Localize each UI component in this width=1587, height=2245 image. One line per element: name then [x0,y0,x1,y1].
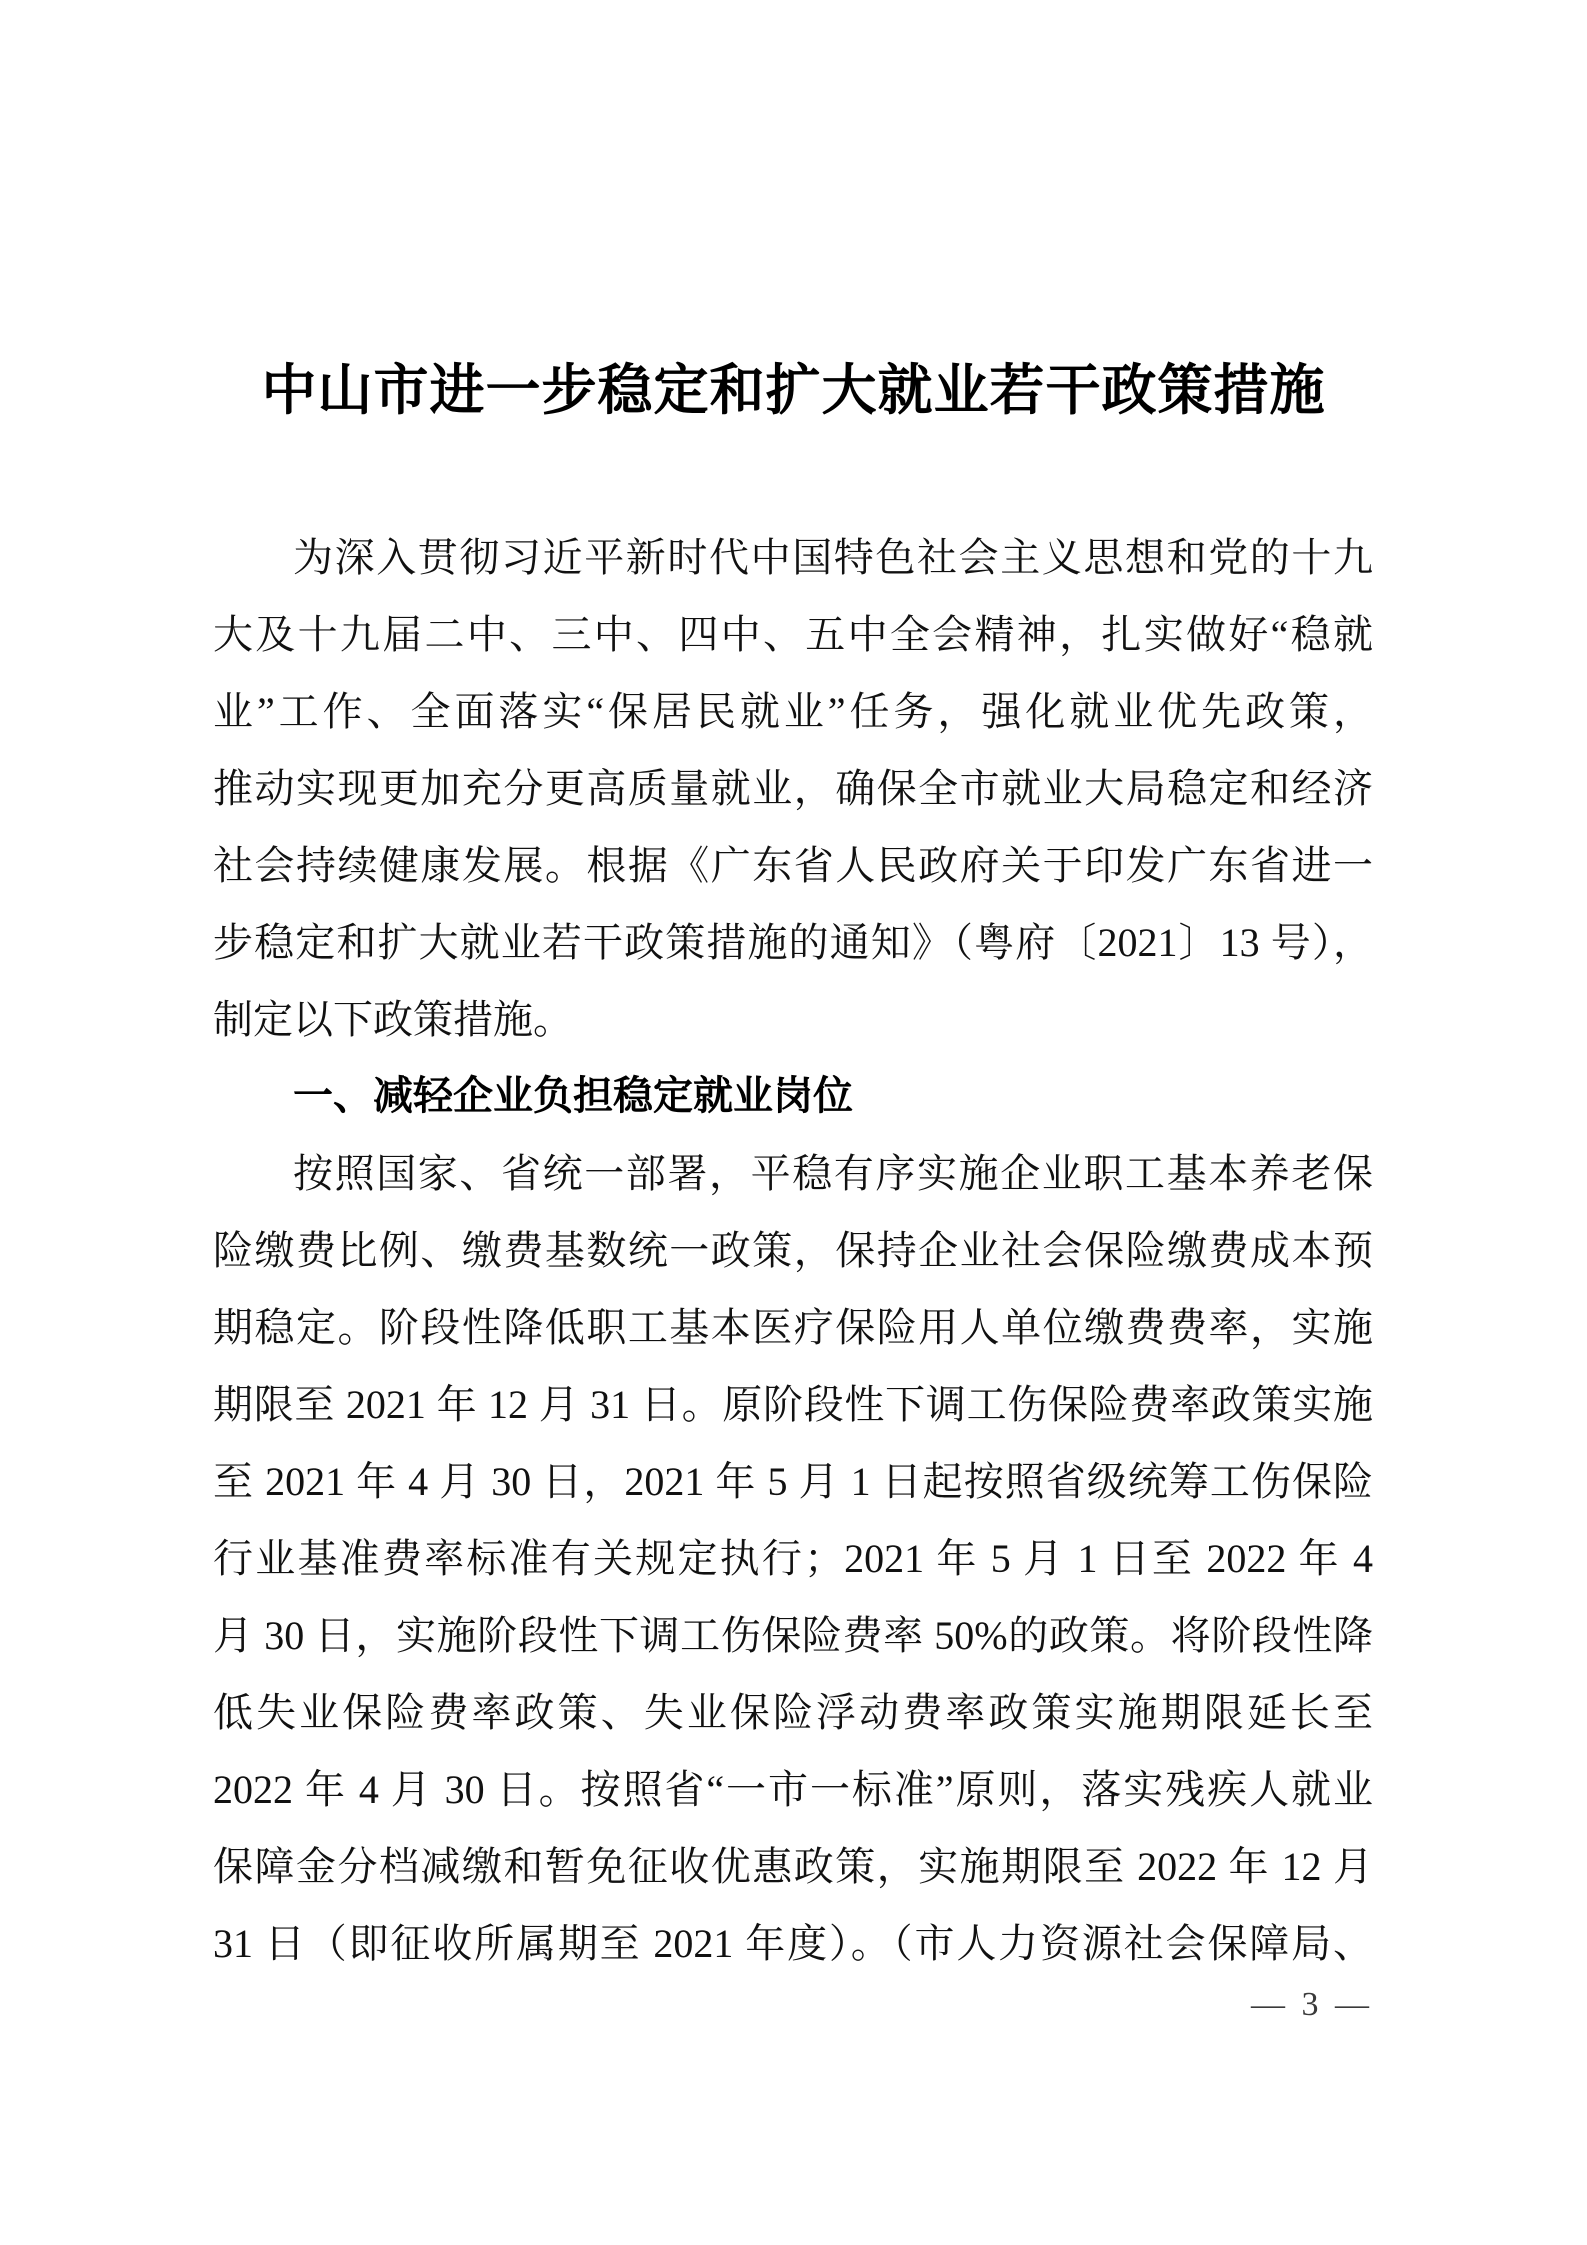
body-line: 大及十九届二中、三中、四中、五中全会精神，扎实做好“稳就 [213,596,1373,673]
body-line: 按照国家、省统一部署，平稳有序实施企业职工基本养老保 [213,1135,1373,1212]
body-line: 行业基准费率标准有关规定执行；2021 年 5 月 1 日至 2022 年 4 [213,1520,1373,1597]
body-line: 推动实现更加充分更高质量就业，确保全市就业大局稳定和经济 [213,750,1373,827]
body-line: 保障金分档减缴和暂免征收优惠政策，实施期限至 2022 年 12 月 [213,1828,1373,1905]
body-line: 制定以下政策措施。 [213,981,1373,1058]
body-line: 2022 年 4 月 30 日。按照省“一市一标准”原则，落实残疾人就业 [213,1751,1373,1828]
body-line: 低失业保险费率政策、失业保险浮动费率政策实施期限延长至 [213,1674,1373,1751]
section-heading: 一、减轻企业负担稳定就业岗位 [213,1058,1373,1135]
body-line: 社会持续健康发展。根据《广东省人民政府关于印发广东省进一 [213,827,1373,904]
document-title: 中山市进一步稳定和扩大就业若干政策措施 [0,350,1587,430]
body-line: 月 30 日，实施阶段性下调工伤保险费率 50%的政策。将阶段性降 [213,1597,1373,1674]
document-body: 为深入贯彻习近平新时代中国特色社会主义思想和党的十九 大及十九届二中、三中、四中… [213,519,1373,1982]
body-line: 至 2021 年 4 月 30 日，2021 年 5 月 1 日起按照省级统筹工… [213,1443,1373,1520]
body-line: 期稳定。阶段性降低职工基本医疗保险用人单位缴费费率，实施 [213,1289,1373,1366]
body-line: 业”工作、全面落实“保居民就业”任务，强化就业优先政策， [213,673,1373,750]
body-line: 期限至 2021 年 12 月 31 日。原阶段性下调工伤保险费率政策实施 [213,1366,1373,1443]
document-page: 中山市进一步稳定和扩大就业若干政策措施 为深入贯彻习近平新时代中国特色社会主义思… [0,0,1587,2245]
body-line: 险缴费比例、缴费基数统一政策，保持企业社会保险缴费成本预 [213,1212,1373,1289]
page-number: — 3 — [213,1985,1373,2025]
body-line: 31 日（即征收所属期至 2021 年度）。（市人力资源社会保障局、 [213,1905,1373,1982]
body-line: 步稳定和扩大就业若干政策措施的通知》（粤府〔2021〕13 号）， [213,904,1373,981]
body-line: 为深入贯彻习近平新时代中国特色社会主义思想和党的十九 [213,519,1373,596]
